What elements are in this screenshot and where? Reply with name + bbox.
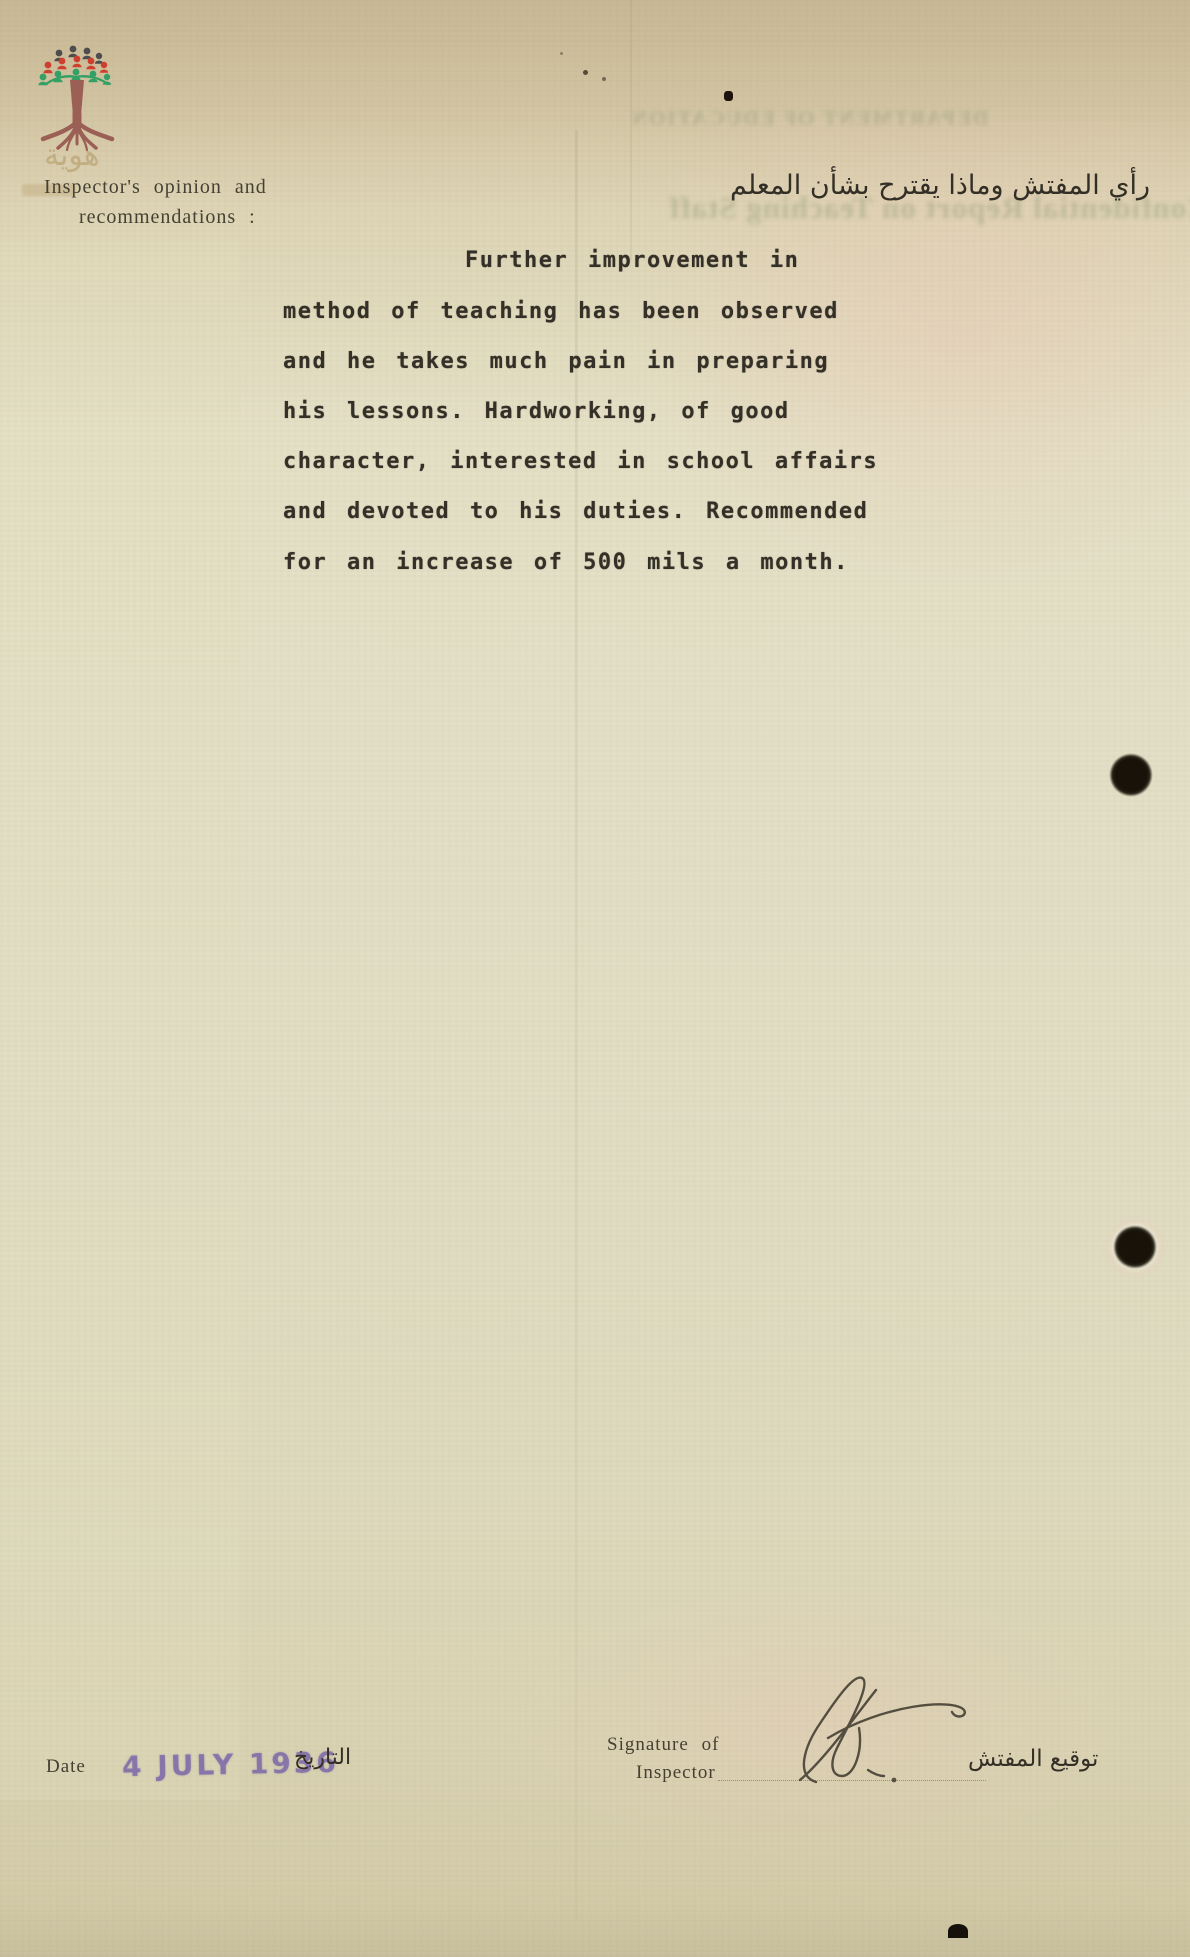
remarks-line: and he takes much pain in preparing [283,349,829,374]
remarks-line: for an increase of 500 mils a month. [283,550,849,575]
ink-speck [724,91,733,101]
remarks-line: his lessons. Hardworking, of good [283,399,790,424]
bleed-through-line-1: DEPARTMENT OF EDUCATION [630,106,988,131]
remarks-line: character, interested in school affairs [283,449,878,474]
date-label-arabic: التاريخ [294,1745,351,1770]
watermark-text: هوية [44,138,100,173]
ink-speck [602,77,606,81]
signature-label-line2: Inspector [636,1762,716,1784]
remarks-line: and devoted to his duties. Recommended [283,499,868,524]
inspector-opinion-label-line2: recommendations : [79,206,256,229]
punch-hole [1109,753,1153,797]
signature-label-arabic: توقيع المفتش [968,1746,1098,1772]
tint-top-tan [0,0,1190,190]
ink-speck [583,70,588,75]
vertical-crease-top [630,0,632,260]
tint-left-column [0,240,240,1800]
scan-edge-bump [948,1924,968,1938]
signature-label-line1: Signature of [607,1734,719,1756]
punch-hole [1113,1225,1157,1269]
inspector-opinion-label-arabic: رأي المفتش وماذا يقترح بشأن المعلم [730,170,1150,201]
inspector-signature [788,1662,988,1797]
date-label: Date [46,1756,86,1778]
paper-grain [0,0,1190,1957]
remarks-line: Further improvement in [465,248,799,273]
ink-speck [560,52,563,55]
remarks-line: method of teaching has been observed [283,299,839,324]
scanned-document-page: DEPARTMENT OF EDUCATION Confidential Rep… [0,0,1190,1957]
inspector-opinion-label-line1: Inspector's opinion and [44,176,267,199]
